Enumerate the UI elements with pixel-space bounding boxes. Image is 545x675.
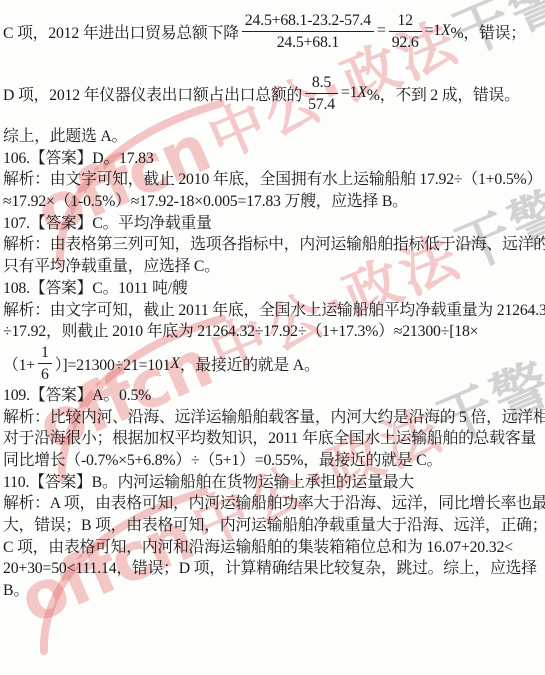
analysis-110-line-4: 20+30=50<111.14，错误；D 项，计算精确结果比较复杂，跳过。综上，… (3, 558, 544, 580)
text-segment: ÷17.92，则截止 2010 年底为 21264.32÷17.92÷（1+17… (3, 323, 478, 340)
fraction: 8.557.4 (305, 73, 338, 114)
text-segment: C 项，2012 年进出口贸易总额下降 (3, 20, 239, 43)
text-segment: %，不到 2 成，错误。 (367, 82, 520, 105)
text-segment: X (441, 22, 450, 40)
option-c-analysis-line: C 项，2012 年进出口贸易总额下降24.5+68.1-23.2-57.424… (3, 2, 544, 60)
analysis-107-line-1: 解析：由表格第三列可知，选项各指标中，内河运输船舶指标低于沿海、远洋的 (3, 234, 544, 256)
analysis-110-line-5: B。 (3, 580, 544, 602)
fraction-denominator: 92.6 (389, 32, 422, 52)
analysis-107-line-2: 只有平均净载重量，应选择 C。 (3, 256, 544, 278)
text-segment: 只有平均净载重量，应选择 C。 (3, 258, 220, 275)
fraction-numerator: 1 (38, 343, 52, 364)
analysis-108-line-1: 解析：由文字可知，截止 2011 年底，全国水上运输船舶平均净载重量为 2126… (3, 300, 544, 322)
fraction: 16 (38, 343, 52, 384)
analysis-109-line-3: 同比增长（-0.7%×5+6.8%）÷（5+1）=0.55%，最接近的就是 C。 (3, 450, 544, 472)
text-segment: 大，错误；B 项，由表格可知，内河运输船舶净载重量大于沿海、远洋，正确； (3, 517, 545, 534)
fraction-denominator: 57.4 (305, 94, 338, 114)
text-segment: X (170, 355, 179, 373)
text-segment: 106.【答案】D。17.83 (3, 150, 154, 167)
text-segment: X (357, 84, 366, 102)
text-segment: 综上，此题选 A。 (3, 128, 127, 145)
text-segment: C 项，由表格可知，内河和沿海运输船舶的集装箱箱位总和为 16.07+20.32… (3, 539, 513, 556)
text-segment: 20+30=50<111.14，错误；D 项，计算精确结果比较复杂，跳过。综上，… (3, 560, 537, 577)
text-segment: B。 (3, 582, 29, 599)
document-body: C 项，2012 年进出口贸易总额下降24.5+68.1-23.2-57.424… (3, 0, 544, 602)
analysis-110-line-1: 解析：A 项，由表格可知，内河运输船舶功率大于沿海、远洋，同比增长率也最 (3, 493, 544, 515)
answer-heading-107: 107.【答案】C。平均净载重量 (3, 213, 544, 235)
analysis-110-line-2: 大，错误；B 项，由表格可知，内河运输船舶净载重量大于沿海、远洋，正确； (3, 515, 544, 537)
analysis-106-line-2: ≈17.92×（1-0.5%）≈17.92-18×0.005=17.83 万艘，… (3, 191, 544, 213)
text-segment: ≈17.92×（1-0.5%）≈17.92-18×0.005=17.83 万艘，… (3, 193, 408, 210)
text-segment: 解析：比较内河、沿海、远洋运输船舶载客量，内河大约是沿海的 5 倍，远洋相 (3, 409, 545, 426)
text-segment: D 项，2012 年仪器仪表出口额占出口总额的 (3, 82, 302, 105)
text-segment: = (377, 22, 386, 40)
fraction-numerator: 8.5 (305, 73, 338, 94)
analysis-109-line-2: 对于沿海很小；根据加权平均数知识，2011 年底全国水上运输船舶的总载客量 (3, 428, 544, 450)
analysis-108-line-3: （1+16）]=21300÷21=101X，最接近的就是 A。 (3, 343, 544, 385)
fraction-numerator: 24.5+68.1-23.2-57.4 (242, 11, 374, 32)
answer-heading-109: 109.【答案】A。0.5% (3, 385, 544, 407)
answer-heading-110: 110.【答案】B。内河运输船舶在货物运输上承担的运量最大 (3, 472, 544, 494)
analysis-110-line-3: C 项，由表格可知，内河和沿海运输船舶的集装箱箱位总和为 16.07+20.32… (3, 537, 544, 559)
answer-heading-106: 106.【答案】D。17.83 (3, 148, 544, 170)
text-segment: 解析：由文字可知，截止 2011 年底，全国水上运输船舶平均净载重量为 2126… (3, 302, 545, 319)
fraction-numerator: 12 (389, 11, 422, 32)
text-segment: ，最接近的就是 A。 (180, 352, 320, 375)
fraction-denominator: 6 (38, 364, 52, 384)
text-segment: =1 (425, 22, 441, 40)
answer-heading-108: 108.【答案】C。1011 吨/艘 (3, 278, 544, 300)
text-segment: %，错误； (450, 20, 525, 43)
analysis-109-line-1: 解析：比较内河、沿海、远洋运输船舶载客量，内河大约是沿海的 5 倍，远洋相 (3, 407, 544, 429)
fraction: 24.5+68.1-23.2-57.424.5+68.1 (242, 11, 374, 52)
text-segment: 解析：由表格第三列可知，选项各指标中，内河运输船舶指标低于沿海、远洋的 (3, 236, 545, 253)
fraction: 1292.6 (389, 11, 422, 52)
text-segment: ）]=21300÷21=101 (55, 352, 171, 375)
text-segment: 109.【答案】A。0.5% (3, 387, 151, 404)
text-segment: 同比增长（-0.7%×5+6.8%）÷（5+1）=0.55%，最接近的就是 C。 (3, 452, 442, 469)
fraction-denominator: 24.5+68.1 (242, 32, 374, 52)
text-segment: （1+ (3, 352, 35, 375)
document-page: offcn 中公·政法 干警 offcn 中公·政法 干警 offcn 中公·政… (0, 0, 545, 675)
text-segment: 解析：由文字可知，截止 2010 年底，全国拥有水上运输船舶 17.92÷（1+… (3, 171, 542, 188)
option-d-analysis-line: D 项，2012 年仪器仪表出口额占出口总额的8.557.4=1X%，不到 2 … (3, 63, 544, 123)
conclusion-line: 综上，此题选 A。 (3, 126, 544, 148)
text-segment: 107.【答案】C。平均净载重量 (3, 215, 212, 232)
text-segment: 108.【答案】C。1011 吨/艘 (3, 280, 188, 297)
analysis-106-line-1: 解析：由文字可知，截止 2010 年底，全国拥有水上运输船舶 17.92÷（1+… (3, 169, 544, 191)
text-segment: 解析：A 项，由表格可知，内河运输船舶功率大于沿海、远洋，同比增长率也最 (3, 495, 545, 512)
text-segment: 对于沿海很小；根据加权平均数知识，2011 年底全国水上运输船舶的总载客量 (3, 430, 536, 447)
text-segment: 110.【答案】B。内河运输船舶在货物运输上承担的运量最大 (3, 474, 414, 491)
analysis-108-line-2: ÷17.92，则截止 2010 年底为 21264.32÷17.92÷（1+17… (3, 321, 544, 343)
text-segment: =1 (341, 84, 357, 102)
